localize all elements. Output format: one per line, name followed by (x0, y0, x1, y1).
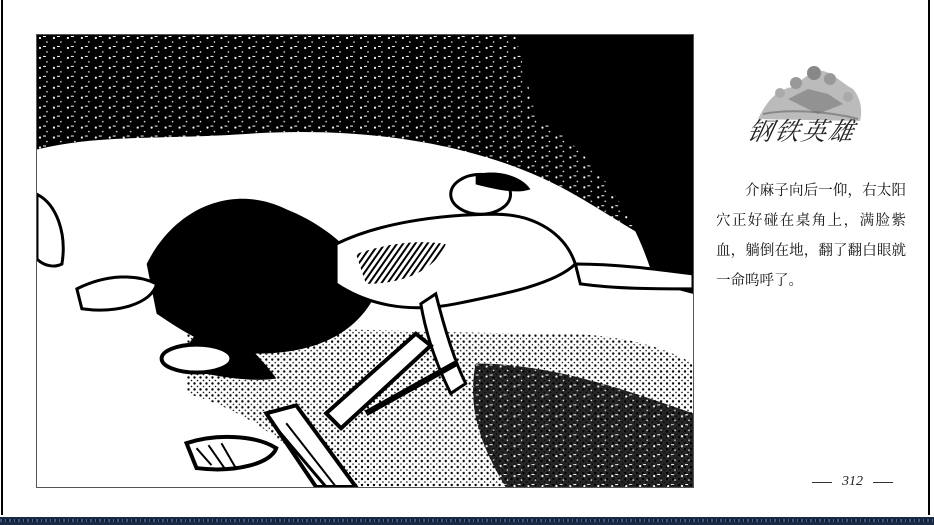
dash-right (873, 482, 893, 483)
comic-panel-illustration (36, 34, 694, 488)
dash-left (812, 482, 832, 483)
caption-text: 介麻子向后一仰，右太阳穴正好碰在桌角上，满脸紫血，躺倒在地，翻了翻白眼就一命呜呼… (716, 176, 906, 296)
bottom-strip (0, 517, 934, 525)
page-number-value: 312 (842, 474, 863, 490)
page-number: 312 (812, 474, 912, 490)
illustration-icon (37, 35, 693, 487)
series-title: 钢铁英雄 (744, 112, 877, 148)
